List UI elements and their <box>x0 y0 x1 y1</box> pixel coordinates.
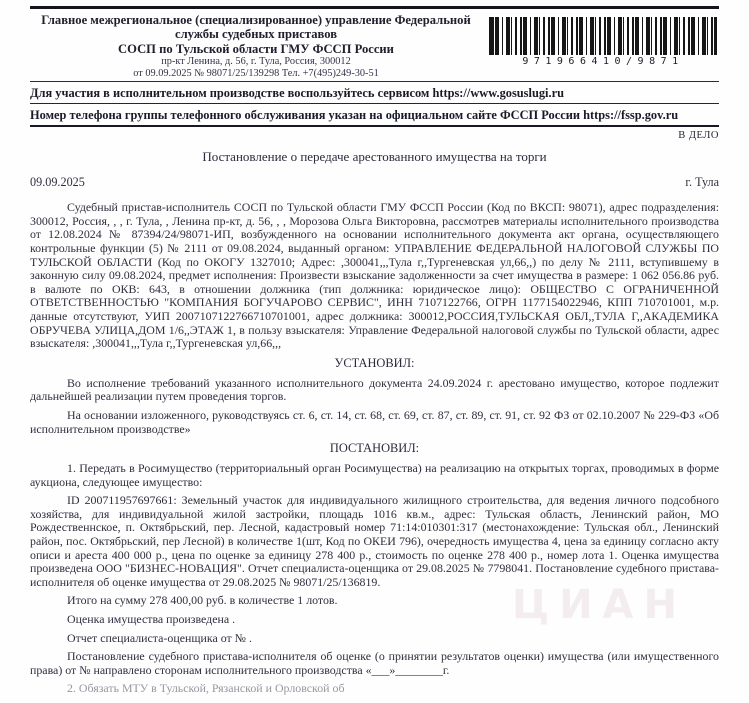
property-paragraph: ID 200711957697661: Земельный участок дл… <box>30 494 719 589</box>
transfer-paragraph: 1. Передать в Росимущество (территориаль… <box>30 462 719 489</box>
org-address: пр-кт Ленина, д. 56, г. Тула, Россия, 30… <box>30 56 482 68</box>
file-stamp: В ДЕЛО <box>30 130 719 141</box>
intro-paragraph: Судебный пристав-исполнитель СОСП по Тул… <box>30 201 719 351</box>
header-separator <box>30 81 719 82</box>
barcode-digits: 971966410/9871 <box>487 56 719 67</box>
ustanovil-heading: УСТАНОВИЛ: <box>30 356 719 371</box>
valuation-line: Оценка имущества произведена . <box>30 613 719 627</box>
doc-date: 09.09.2025 <box>30 175 85 190</box>
top-rule <box>30 6 719 9</box>
doc-city: г. Тула <box>685 175 719 190</box>
postanovil-heading: ПОСТАНОВИЛ: <box>30 441 719 456</box>
document-page: Главное межрегиональное (специализирован… <box>0 0 749 703</box>
letterhead: Главное межрегиональное (специализирован… <box>30 13 482 80</box>
report-line: Отчет специалиста-оценщика от № . <box>30 632 719 646</box>
letterhead-row: Главное межрегиональное (специализирован… <box>30 13 719 80</box>
arrest-paragraph: Во исполнение требований указанного испо… <box>30 377 719 404</box>
barcode-bars-icon <box>489 17 717 55</box>
doc-title: Постановление о передаче арестованного и… <box>30 149 719 165</box>
barcode: 971966410/9871 <box>487 13 719 67</box>
resolution-sent-paragraph: Постановление судебного пристава-исполни… <box>30 650 719 677</box>
gosuslugi-notice: Для участия в исполнительном производств… <box>30 86 719 104</box>
doc-ref-line: от 09.09.2025 № 98071/25/139298 Тел. +7(… <box>30 68 482 80</box>
next-item-paragraph: 2. Обязать МТУ в Тульской, Рязанской и О… <box>30 682 719 696</box>
org-name-line-1: Главное межрегиональное (специализирован… <box>30 13 482 28</box>
total-line: Итого на сумму 278 400,00 руб. в количес… <box>30 594 719 608</box>
org-name-line-2: службы судебных приставов <box>30 27 482 42</box>
date-row: 09.09.2025 г. Тула <box>30 175 719 190</box>
legal-basis-paragraph: На основании изложенного, руководствуясь… <box>30 409 719 436</box>
phone-notice: Номер телефона группы телефонного обслуж… <box>30 108 719 127</box>
org-name-line-3: СОСП по Тульской области ГМУ ФССП России <box>30 42 482 57</box>
